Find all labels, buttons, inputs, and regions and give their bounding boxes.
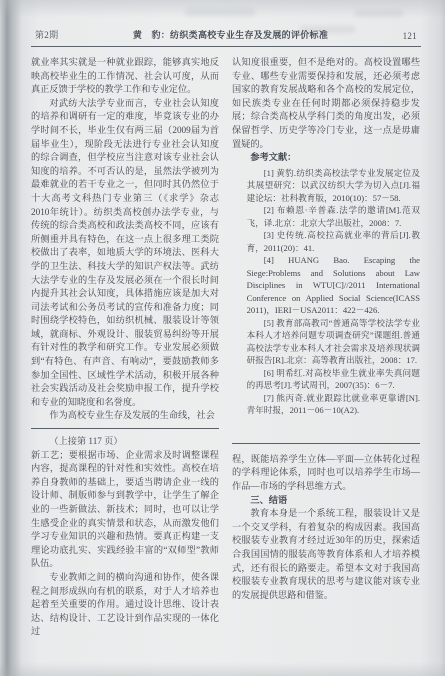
article-divider <box>31 428 219 429</box>
continuation-note: （上接第 117 页） <box>31 435 219 449</box>
bleed-through-mark <box>185 8 255 16</box>
reference-item: [1] 黄豹.纺织类高校法学专业发展定位及其展望研究：以武汉纺织大学为切入点[J… <box>232 167 420 205</box>
paragraph: 认知度很重要，但不是绝对的。高校设置哪些专业、哪些专业需要保持和发展，还必须考虑… <box>232 56 420 151</box>
paragraph: 对武纺大法学专业而言，专业社会认知度的培养和调研有一定的难度，毕竟该专业的办学时… <box>31 97 219 410</box>
right-column: 认知度很重要，但不是绝对的。高校设置哪些专业、哪些专业需要保持和发展，还必须考虑… <box>232 56 420 639</box>
reference-item: [6] 明希红.对高校毕业生就业率失真问题的再思考[J].考试周刊，2007(3… <box>232 367 420 392</box>
reference-item: [2] 布赖恩·辛普森.法学的邀请[M].范双飞，译.北京：北京大学出版社，20… <box>232 204 420 229</box>
page-number: 121 <box>403 31 417 41</box>
left-column: 就业率其实就是一种就业跟踪，能够真实地反映高校毕业生的工作情况、社会认可度，从而… <box>31 56 219 639</box>
page-content: 第2期 黄 豹：纺织类高校专业生存及发展的评价标准 121 就业率其实就是一种就… <box>31 28 421 639</box>
paragraph: 专业教师之间的横向沟通和协作，使各课程之间形成纵向有机的联系，对于人才培养也起着… <box>31 571 219 639</box>
reference-item: [4] HUANG Bao. Escaping the Siege:Proble… <box>232 254 420 317</box>
references-list: [1] 黄豹.纺织类高校法学专业发展定位及其展望研究：以武汉纺织大学为切入点[J… <box>232 167 420 417</box>
paragraph: 程，既能培养学生立体—平面—立体转化过程的学科理论体系，同时也可以培养学生市场—… <box>232 453 420 494</box>
paragraph: 就业率其实就是一种就业跟踪，能够真实地反映高校毕业生的工作情况、社会认可度，从而… <box>31 56 219 97</box>
bleed-through-mark <box>355 10 403 17</box>
reference-item: [7] 熊丙奇.就业跟踪比就业率更靠谱[N].青年时报，2011－06－10(A… <box>232 392 420 417</box>
section-heading: 三、结语 <box>232 494 420 508</box>
paragraph: 教育本身是一个系统工程，服装设计又是一个交叉学科，有着复杂的构成因素。我国高校服… <box>232 507 420 602</box>
reference-item: [3] 史传统.高校拉高就业率的背后[J].教育，2011(20)：41. <box>232 229 420 254</box>
scanned-page: 第2期 黄 豹：纺织类高校专业生存及发展的评价标准 121 就业率其实就是一种就… <box>0 0 445 676</box>
references-heading: 参考文献： <box>232 151 420 165</box>
running-header: 第2期 黄 豹：纺织类高校专业生存及发展的评价标准 121 <box>31 28 421 47</box>
article-divider <box>232 443 420 444</box>
journal-issue: 第2期 <box>35 28 58 41</box>
paragraph: 新工艺；要根据市场、企业需求及时调整课程内容，提高课程的针对性和实效性。高校在培… <box>31 449 219 571</box>
paragraph: 作为高校专业生存及发展的生命线，社会 <box>31 409 219 423</box>
reference-item: [5] 教育部高教司“普通高等学校法学专业本科人才培养问题专项调查研究”课题组.… <box>232 317 420 367</box>
two-column-body: 就业率其实就是一种就业跟踪，能够真实地反映高校毕业生的工作情况、社会认可度，从而… <box>31 56 421 639</box>
running-title: 黄 豹：纺织类高校专业生存及发展的评价标准 <box>133 28 328 41</box>
